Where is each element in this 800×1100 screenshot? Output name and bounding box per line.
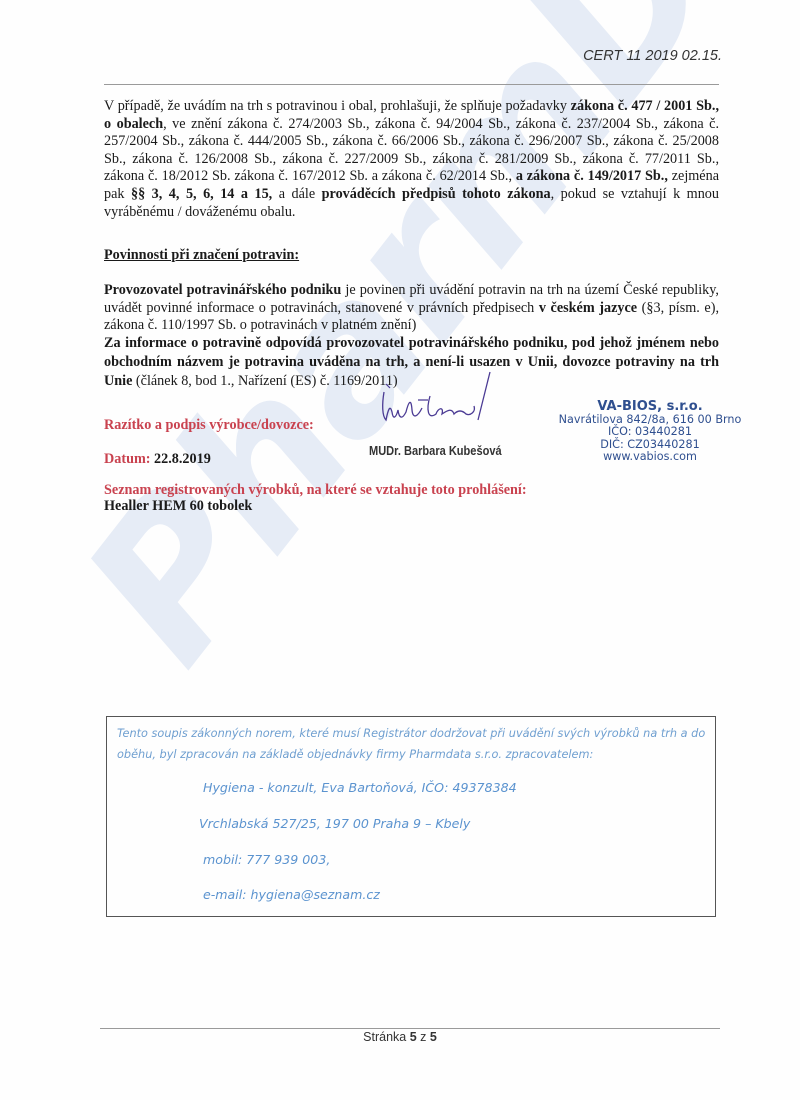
product-item: Healler HEM 60 tobolek [104, 498, 252, 515]
processor-intro: Tento soupis zákonných norem, které musí… [117, 723, 709, 765]
processor-info-box: Tento soupis zákonných norem, které musí… [106, 716, 716, 917]
packaging-declaration: V případě, že uvádím na trh s potravinou… [104, 98, 719, 221]
company-stamp: VA-BIOS, s.r.o. Navrátilova 842/8a, 616 … [530, 401, 770, 464]
header-divider [104, 84, 719, 85]
processor-email: e-mail: hygiena@seznam.cz [203, 887, 380, 902]
stamp-signature-label: Razítko a podpis výrobce/dovozce: [104, 417, 314, 434]
company-name: VA-BIOS, s.r.o. [530, 401, 770, 414]
products-label: Seznam registrovaných výrobků, na které … [104, 482, 527, 499]
document-code: CERT 11 2019 02.15. [583, 48, 722, 64]
company-ico: IČO: 03440281 [530, 426, 770, 439]
processor-company: Hygiena - konzult, Eva Bartoňová, IČO: 4… [203, 780, 517, 795]
footer-divider [100, 1028, 720, 1029]
date-value: 22.8.2019 [154, 451, 211, 467]
labeling-heading: Povinnosti při značení potravin: [104, 247, 719, 265]
page-number: Stránka 5 z 5 [0, 1030, 800, 1044]
handwritten-signature [378, 370, 498, 430]
signer-name: MUDr. Barbara Kubešová [369, 443, 502, 458]
processor-phone: mobil: 777 939 003, [203, 852, 330, 867]
labeling-paragraph-1: Provozovatel potravinářského podniku je … [104, 282, 719, 335]
company-web: www.vabios.com [530, 451, 770, 464]
date-row: Datum: 22.8.2019 [104, 451, 211, 468]
date-label: Datum: [104, 451, 151, 467]
processor-address: Vrchlabská 527/25, 197 00 Praha 9 – Kbel… [199, 816, 470, 831]
